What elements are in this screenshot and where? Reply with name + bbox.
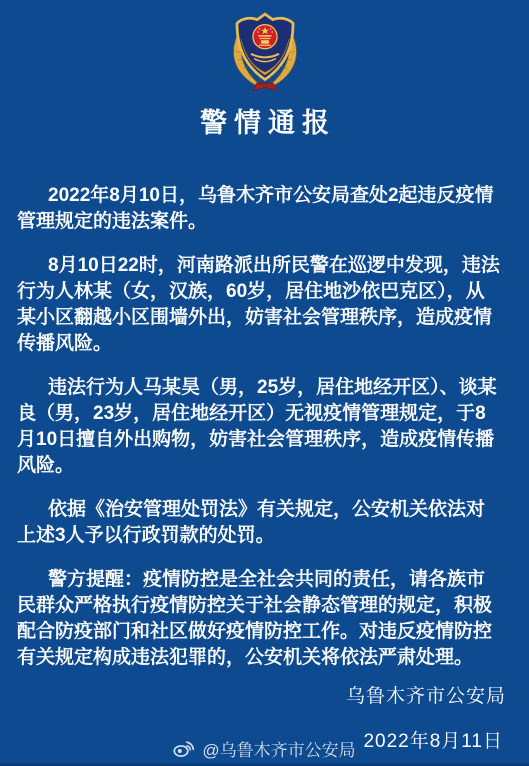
weibo-icon [173, 739, 195, 758]
paragraph-police-reminder: 警方提醒：疫情防控是全社会共同的责任，请各族市民群众严格执行疫情防控关于社会静态… [17, 567, 501, 671]
weibo-handle: @乌鲁木齐市公安局 [202, 736, 355, 761]
weibo-watermark: @乌鲁木齐市公安局 [0, 736, 529, 761]
police-badge-icon [226, 11, 304, 92]
paragraph-case-1: 8月10日22时，河南路派出所民警在巡逻中发现，违法行为人林某（女，汉族，60岁… [17, 253, 501, 357]
police-notice-poster: 警情通报 2022年8月10日，乌鲁木齐市公安局查处2起违反疫情管理规定的违法案… [0, 0, 529, 766]
issuer-signature: 乌鲁木齐市公安局 [346, 681, 506, 708]
notice-title: 警情通报 [0, 101, 529, 140]
paragraph-penalty: 依据《治安管理处罚法》有关规定，公安机关依法对上述3人予以行政罚款的处罚。 [17, 497, 501, 549]
paragraph-case-summary: 2022年8月10日，乌鲁木齐市公安局查处2起违反疫情管理规定的违法案件。 [17, 183, 501, 235]
police-badge [226, 11, 304, 92]
paragraph-case-2: 违法行为人马某昊（男，25岁，居住地经开区）、谈某良（男，23岁，居住地经开区）… [17, 375, 501, 479]
notice-body: 2022年8月10日，乌鲁木齐市公安局查处2起违反疫情管理规定的违法案件。 8月… [17, 183, 501, 689]
